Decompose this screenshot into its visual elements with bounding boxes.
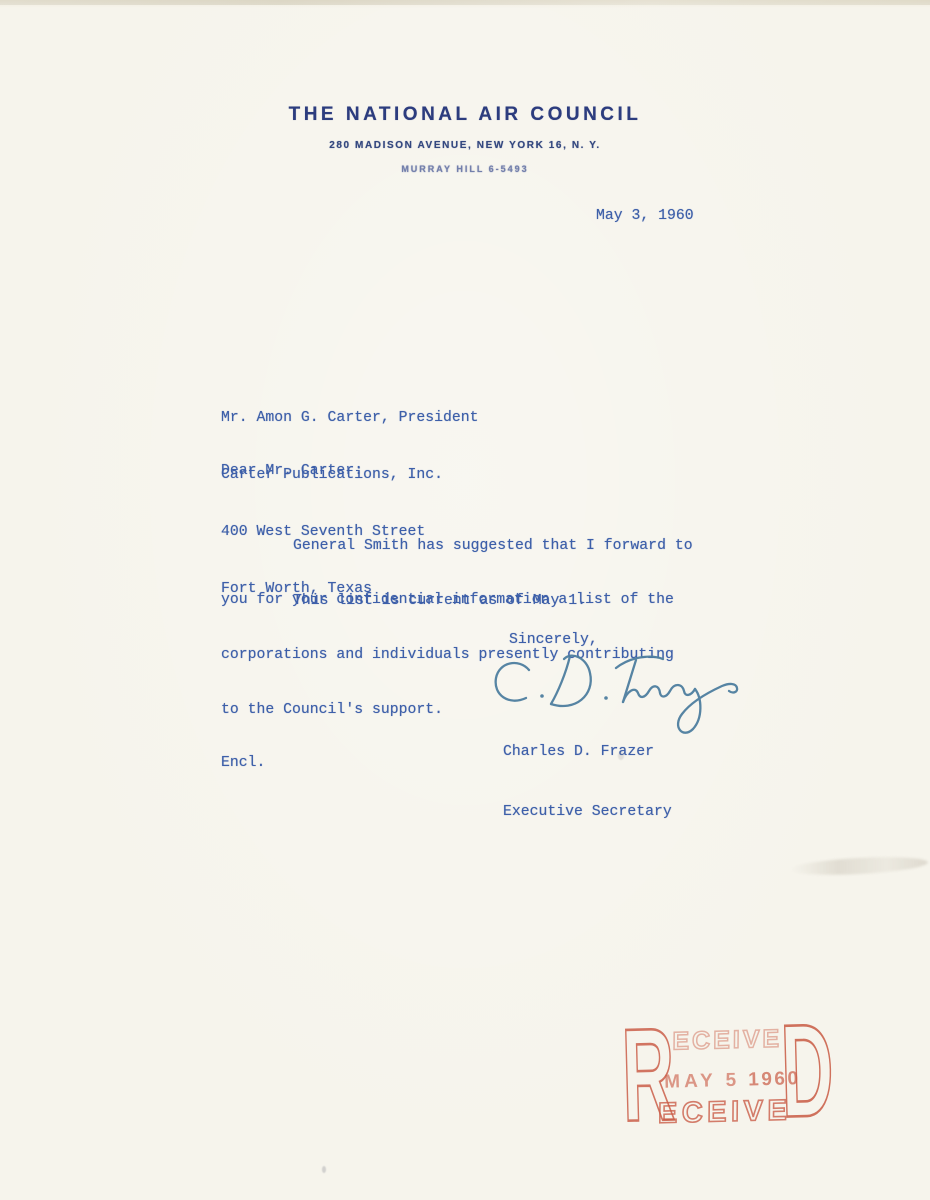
stamp-date-month-day: MAY 5 bbox=[664, 1070, 741, 1093]
scan-edge-shadow bbox=[0, 0, 930, 5]
letterhead-phone: MURRAY HILL 6-5493 bbox=[0, 164, 930, 174]
stamp-date-year: 1960 bbox=[748, 1068, 801, 1090]
letter-page: THE NATIONAL AIR COUNCIL 280 MADISON AVE… bbox=[0, 0, 930, 1200]
letterhead-address: 280 MADISON AVENUE, NEW YORK 16, N. Y. bbox=[0, 140, 930, 151]
date-line: May 3, 1960 bbox=[596, 207, 694, 226]
body-line: corporations and individuals presently c… bbox=[221, 646, 693, 664]
signature-block: Charles D. Frazer Executive Secretary bbox=[503, 702, 672, 862]
closing-sincerely: Sincerely, bbox=[509, 631, 598, 650]
body-paragraph-2: This list is current as of May 1. bbox=[221, 592, 586, 611]
enclosure-note: Encl. bbox=[221, 754, 265, 773]
body-line: General Smith has suggested that I forwa… bbox=[221, 537, 693, 555]
paper-speck bbox=[322, 1166, 326, 1173]
signer-title: Executive Secretary bbox=[503, 802, 672, 822]
crease-mark bbox=[790, 854, 929, 877]
received-stamp: R D ECEIVE ECEIVE MAY 5 1960 bbox=[619, 1011, 844, 1131]
paper-speck bbox=[618, 752, 624, 760]
stamp-word-bottom: ECEIVE bbox=[658, 1094, 792, 1129]
salutation: Dear Mr. Carter: bbox=[221, 462, 363, 481]
recipient-line: Mr. Amon G. Carter, President bbox=[221, 409, 479, 428]
letterhead-title: THE NATIONAL AIR COUNCIL bbox=[0, 104, 930, 126]
stamp-word-top: ECEIVE bbox=[672, 1025, 782, 1056]
signed-name: Charles D. Frazer bbox=[503, 742, 672, 762]
